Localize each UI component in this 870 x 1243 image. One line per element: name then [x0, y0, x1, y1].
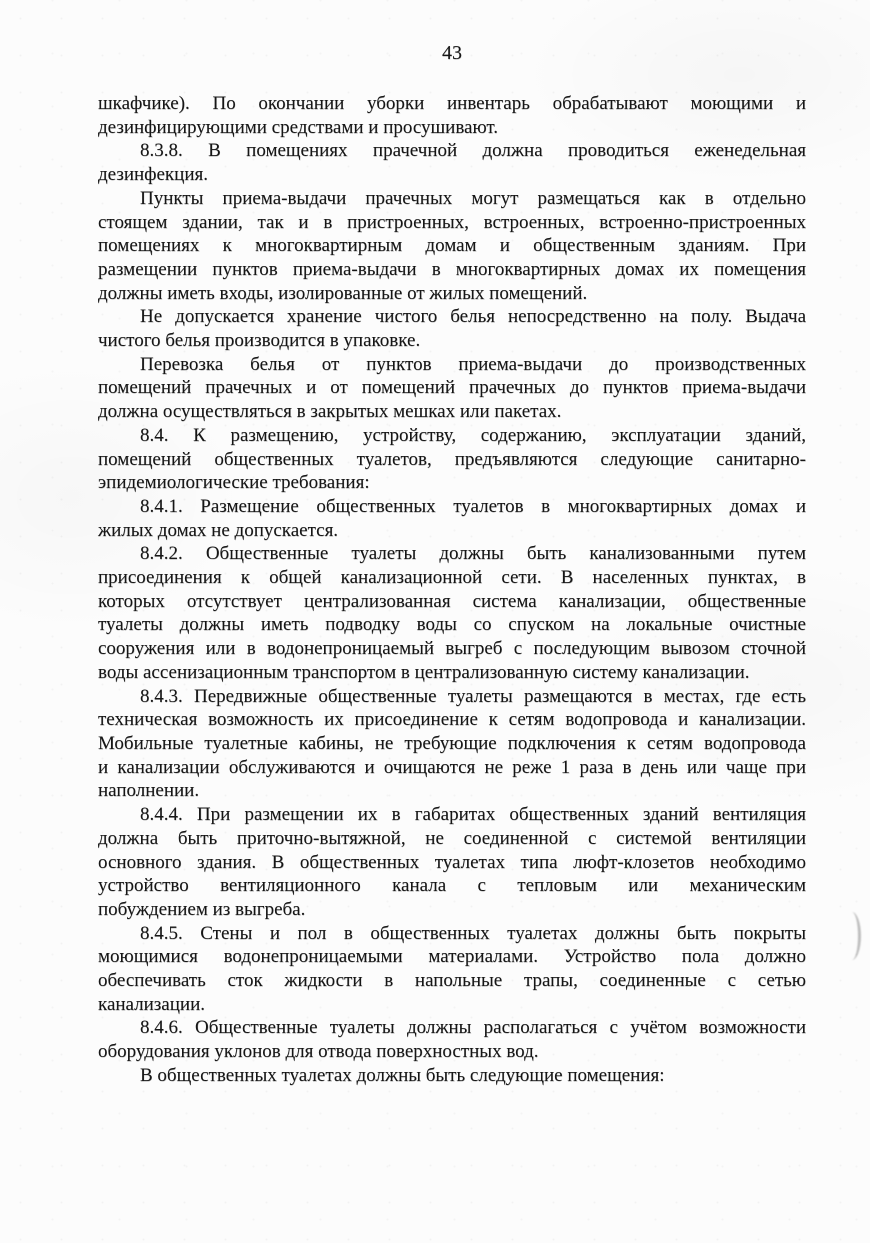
- paragraph: 8.4.4. При размещении их в габаритах общ…: [98, 803, 806, 922]
- text-line: обеспечивать сток жидкости в напольные т…: [98, 969, 806, 993]
- text-line: должны иметь входы, изолированные от жил…: [98, 282, 806, 306]
- text-line: 8.4.1. Размещение общественных туалетов …: [98, 495, 806, 519]
- text-line: 8.4.3. Передвижные общественные туалеты …: [98, 685, 806, 709]
- paragraph: шкафчике). По окончании уборки инвентарь…: [98, 92, 806, 139]
- scan-artifact: [846, 912, 861, 960]
- text-line: шкафчике). По окончании уборки инвентарь…: [98, 92, 806, 116]
- text-line: канализации.: [98, 993, 806, 1017]
- text-line: которых отсутствует централизованная сис…: [98, 590, 806, 614]
- text-line: дезинфицирующими средствами и просушиваю…: [98, 116, 806, 140]
- text-line: воды ассенизационным транспортом в центр…: [98, 661, 806, 685]
- text-line: Мобильные туалетные кабины, не требующие…: [98, 732, 806, 756]
- text-line: наполнении.: [98, 779, 806, 803]
- text-line: сооружения или в водонепроницаемый выгре…: [98, 637, 806, 661]
- page-number: 43: [98, 42, 806, 65]
- text-line: устройство вентиляционного канала с тепл…: [98, 874, 806, 898]
- paragraph: 8.4.2. Общественные туалеты должны быть …: [98, 542, 806, 684]
- text-line: помещений общественных туалетов, предъяв…: [98, 448, 806, 472]
- paragraph: В общественных туалетах должны быть след…: [98, 1064, 806, 1088]
- text-line: 8.4.5. Стены и пол в общественных туалет…: [98, 922, 806, 946]
- text-line: должна осуществляться в закрытых мешках …: [98, 400, 806, 424]
- paragraph: 8.4. К размещению, устройству, содержани…: [98, 424, 806, 495]
- paragraph: Перевозка белья от пунктов приема-выдачи…: [98, 353, 806, 424]
- paragraph: 8.4.5. Стены и пол в общественных туалет…: [98, 922, 806, 1017]
- text-line: 8.4. К размещению, устройству, содержани…: [98, 424, 806, 448]
- text-line: помещениях к многоквартирным домам и общ…: [98, 234, 806, 258]
- paragraph: 8.4.3. Передвижные общественные туалеты …: [98, 685, 806, 804]
- text-line: стоящем здании, так и в пристроенных, вс…: [98, 211, 806, 235]
- text-line: техническая возможность их присоединение…: [98, 708, 806, 732]
- text-line: 8.4.6. Общественные туалеты должны распо…: [98, 1016, 806, 1040]
- text-line: дезинфекция.: [98, 163, 806, 187]
- text-line: Пункты приема-выдачи прачечных могут раз…: [98, 187, 806, 211]
- text-line: жилых домах не допускается.: [98, 519, 806, 543]
- text-line: оборудования уклонов для отвода поверхно…: [98, 1040, 806, 1064]
- paragraph: 8.4.1. Размещение общественных туалетов …: [98, 495, 806, 542]
- text-line: основного здания. В общественных туалета…: [98, 851, 806, 875]
- text-line: размещении пунктов приема-выдачи в много…: [98, 258, 806, 282]
- text-line: моющимися водонепроницаемыми материалами…: [98, 945, 806, 969]
- text-line: Не допускается хранение чистого белья не…: [98, 305, 806, 329]
- paragraph: Не допускается хранение чистого белья не…: [98, 305, 806, 352]
- text-line: эпидемиологические требования:: [98, 471, 806, 495]
- text-line: 8.3.8. В помещениях прачечной должна про…: [98, 139, 806, 163]
- text-line: Перевозка белья от пунктов приема-выдачи…: [98, 353, 806, 377]
- text-line: 8.4.4. При размещении их в габаритах общ…: [98, 803, 806, 827]
- text-line: должна быть приточно-вытяжной, не соедин…: [98, 827, 806, 851]
- paragraph: 8.3.8. В помещениях прачечной должна про…: [98, 139, 806, 186]
- paragraph: Пункты приема-выдачи прачечных могут раз…: [98, 187, 806, 306]
- text-line: 8.4.2. Общественные туалеты должны быть …: [98, 542, 806, 566]
- paragraph: 8.4.6. Общественные туалеты должны распо…: [98, 1016, 806, 1063]
- text-line: и канализации обслуживаются и очищаются …: [98, 756, 806, 780]
- text-line: туалеты должны иметь подводку воды со сп…: [98, 613, 806, 637]
- text-line: В общественных туалетах должны быть след…: [98, 1064, 806, 1088]
- text-line: присоединения к общей канализационной се…: [98, 566, 806, 590]
- text-line: побуждением из выгреба.: [98, 898, 806, 922]
- document-page: 43 шкафчике). По окончании уборки инвент…: [0, 0, 870, 1243]
- text-line: чистого белья производится в упаковке.: [98, 329, 806, 353]
- body-text: шкафчике). По окончании уборки инвентарь…: [98, 92, 806, 1088]
- text-line: помещений прачечных и от помещений праче…: [98, 376, 806, 400]
